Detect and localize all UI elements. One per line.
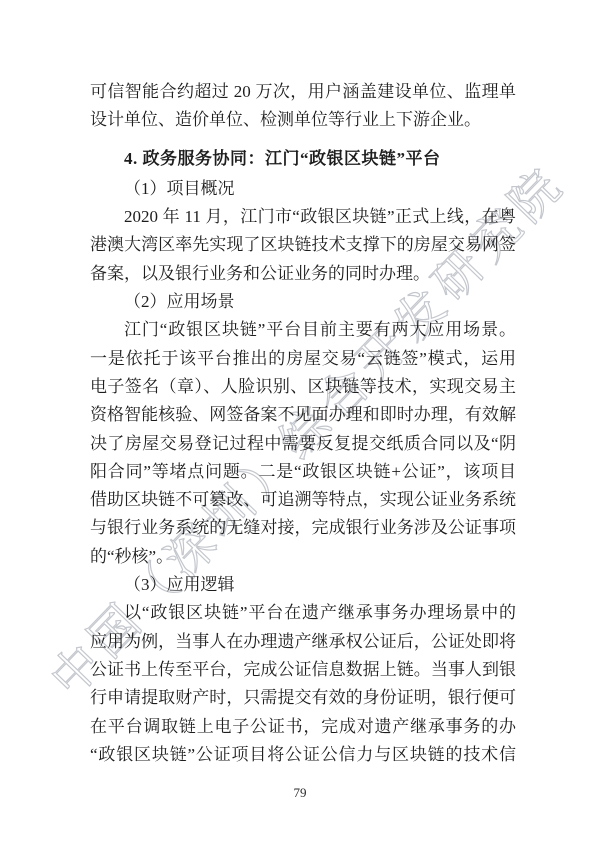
- subsection-label: （1）项目概况: [90, 175, 516, 203]
- body-line: 一是依托于该平台推出的房屋交易“云链签”模式，运用: [90, 345, 516, 373]
- body-line: 借助区块链不可篡改、可追溯等特点，实现公证业务系统: [90, 486, 516, 514]
- page-number: 79: [0, 785, 600, 801]
- body-line: 行申请提取财产时，只需提交有效的身份证明，银行便可: [90, 684, 516, 712]
- body-line: 港澳大湾区率先实现了区块链技术支撑下的房屋交易网签: [90, 231, 516, 259]
- section-heading: 4. 政务服务协同：江门“政银区块链”平台: [90, 145, 516, 173]
- body-line: 在平台调取链上电子公证书，完成对遗产继承事务的办理。: [90, 713, 516, 741]
- body-line: 公证书上传至平台，完成公证信息数据上链。当事人到银: [90, 656, 516, 684]
- body-line: 江门“政银区块链”平台目前主要有两大应用场景。: [90, 316, 516, 344]
- body-line: 电子签名（章）、人脸识别、区块链等技术，实现交易主体: [90, 373, 516, 401]
- body-line: 2020 年 11 月，江门市“政银区块链”正式上线，在粤: [90, 203, 516, 231]
- subsection-label: （3）应用逻辑: [90, 571, 516, 599]
- document-page: 中国（深圳）综合开发研究院 可信智能合约超过 20 万次，用户涵盖建设单位、监理…: [0, 0, 600, 848]
- body-line: 的“秒核”。: [90, 543, 516, 571]
- subsection-label: （2）应用场景: [90, 288, 516, 316]
- body-line: 以“政银区块链”平台在遗产继承事务办理场景中的: [90, 599, 516, 627]
- body-line: 设计单位、造价单位、检测单位等行业上下游企业。: [90, 106, 516, 134]
- body-line: 与银行业务系统的无缝对接，完成银行业务涉及公证事项: [90, 514, 516, 542]
- body-line: 阳合同”等堵点问题。二是“政银区块链+公证”，该项目: [90, 458, 516, 486]
- body-line: 决了房屋交易登记过程中需要反复提交纸质合同以及“阴: [90, 430, 516, 458]
- body-line: “政银区块链”公证项目将公证公信力与区块链的技术信: [90, 741, 516, 769]
- page-body: 可信智能合约超过 20 万次，用户涵盖建设单位、监理单位、 设计单位、造价单位、…: [90, 78, 516, 769]
- body-line: 备案，以及银行业务和公证业务的同时办理。: [90, 260, 516, 288]
- body-line: 应用为例，当事人在办理遗产继承权公证后，公证处即将: [90, 628, 516, 656]
- body-line: 资格智能核验、网签备案不见面办理和即时办理，有效解: [90, 401, 516, 429]
- body-line: 可信智能合约超过 20 万次，用户涵盖建设单位、监理单位、: [90, 78, 516, 106]
